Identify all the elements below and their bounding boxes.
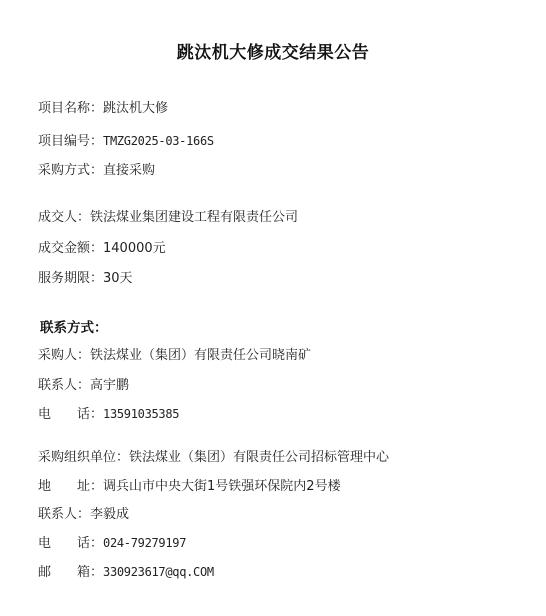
service-period-label: 服务期限： — [38, 271, 103, 286]
agency-value: 铁法煤业（集团）有限责任公司招标管理中心 — [129, 450, 389, 465]
agency-row: 采购组织单位：铁法煤业（集团）有限责任公司招标管理中心 — [38, 449, 389, 467]
purchaser-phone-row: 电话：13591035385 — [38, 405, 179, 424]
address-label-2: 址： — [77, 479, 103, 494]
agency-contact-row: 联系人：李毅成 — [38, 506, 129, 524]
purchaser-row: 采购人：铁法煤业（集团）有限责任公司晓南矿 — [38, 347, 311, 365]
amount-label: 成交金额： — [38, 241, 103, 256]
procurement-method-value: 直接采购 — [103, 163, 155, 178]
agency-phone-label-2: 话： — [77, 536, 103, 551]
email-row: 邮箱：330923617@qq.COM — [38, 563, 214, 582]
purchaser-value: 铁法煤业（集团）有限责任公司晓南矿 — [90, 348, 311, 363]
agency-contact-value: 李毅成 — [90, 507, 129, 522]
purchaser-phone-label-1: 电 — [38, 407, 51, 422]
project-name-row: 项目名称：跳汰机大修 — [38, 100, 168, 118]
address-row: 地址：调兵山市中央大街1号铁强环保院内2号楼 — [38, 478, 341, 496]
email-value: 330923617@qq.COM — [103, 565, 214, 579]
service-period-row: 服务期限：30天 — [38, 270, 133, 288]
contact-heading: 联系方式： — [40, 319, 108, 337]
purchaser-phone-label-2: 话： — [77, 407, 103, 422]
announcement-title: 跳汰机大修成交结果公告 — [0, 38, 546, 63]
amount-value: 140000元 — [103, 241, 166, 256]
purchaser-contact-label: 联系人： — [38, 378, 90, 393]
purchaser-label: 采购人： — [38, 348, 90, 363]
winner-label: 成交人： — [38, 210, 90, 225]
agency-contact-label: 联系人： — [38, 507, 90, 522]
agency-phone-row: 电话：024-79279197 — [38, 534, 186, 553]
purchaser-contact-row: 联系人：高宇鹏 — [38, 377, 129, 395]
project-name-value: 跳汰机大修 — [103, 101, 168, 116]
purchaser-phone-value: 13591035385 — [103, 407, 179, 421]
agency-label: 采购组织单位： — [38, 450, 129, 465]
procurement-method-label: 采购方式： — [38, 163, 103, 178]
winner-value: 铁法煤业集团建设工程有限责任公司 — [90, 210, 298, 225]
project-code-value: TMZG2025-03-166S — [103, 134, 214, 148]
amount-row: 成交金额：140000元 — [38, 240, 166, 258]
agency-phone-label-1: 电 — [38, 536, 51, 551]
purchaser-contact-value: 高宇鹏 — [90, 378, 129, 393]
project-code-row: 项目编号：TMZG2025-03-166S — [38, 132, 214, 151]
project-code-label: 项目编号： — [38, 134, 103, 149]
email-label-2: 箱： — [77, 565, 103, 580]
service-period-value: 30天 — [103, 271, 133, 286]
procurement-method-row: 采购方式：直接采购 — [38, 162, 155, 180]
address-label-1: 地 — [38, 479, 51, 494]
project-name-label: 项目名称： — [38, 101, 103, 116]
agency-phone-value: 024-79279197 — [103, 536, 186, 550]
address-value: 调兵山市中央大街1号铁强环保院内2号楼 — [103, 479, 341, 494]
winner-row: 成交人：铁法煤业集团建设工程有限责任公司 — [38, 209, 298, 227]
email-label-1: 邮 — [38, 565, 51, 580]
